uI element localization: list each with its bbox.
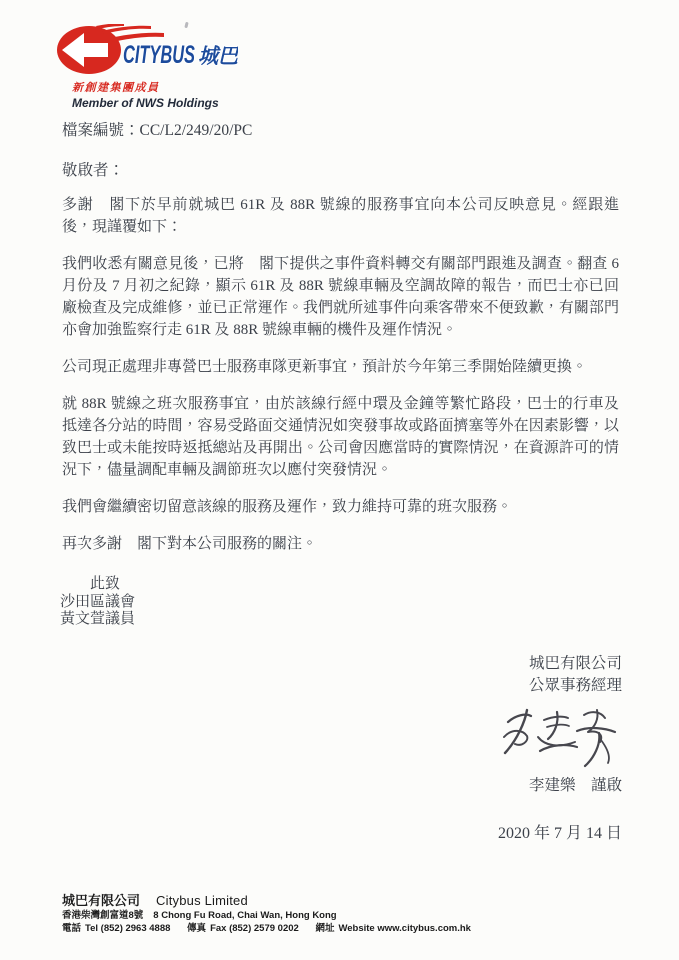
paragraph-investigation: 我們收悉有關意見後，已將 閣下提供之事件資料轉交有關部門跟進及調查。翻查 6 月… xyxy=(62,253,619,341)
paragraph-monitoring: 我們會繼續密切留意該線的服務及運作，致力維持可靠的班次服務。 xyxy=(62,496,619,518)
citybus-logo: CITYBUS 城巴 xyxy=(56,24,238,76)
footer-tel: 電話Tel (852) 2963 4888 xyxy=(62,923,170,934)
paragraph-88r-frequency: 就 88R 號線之班次服務事宜，由於該線行經中環及金鐘等繁忙路段，巴士的行車及抵… xyxy=(62,393,619,481)
footer: 城巴有限公司Citybus Limited 香港柴灣創富道8號8 Chong F… xyxy=(62,894,485,933)
logo-wordmark-en: CITYBUS xyxy=(123,41,195,69)
footer-address-zh: 香港柴灣創富道8號 xyxy=(62,910,143,921)
logo-wordmark-zh: 城巴 xyxy=(198,45,238,68)
letterhead: CITYBUS 城巴 新創建集團成員 Member of NWS Holding… xyxy=(56,24,238,110)
footer-address-line: 香港柴灣創富道8號8 Chong Fu Road, Chai Wan, Hong… xyxy=(62,911,485,921)
footer-company-zh: 城巴有限公司 xyxy=(62,893,140,908)
footer-address-en: 8 Chong Fu Road, Chai Wan, Hong Kong xyxy=(153,910,336,921)
signer-title: 公眾事務經理 xyxy=(498,675,622,697)
letter-date: 2020 年 7 月 14 日 xyxy=(498,823,622,845)
salutation: 敬啟者： xyxy=(62,158,124,180)
footer-website: 網址Website www.citybus.com.hk xyxy=(315,923,471,934)
closing-block: 此致 沙田區議會 黃文萱議員 xyxy=(60,576,135,629)
signature-block: 城巴有限公司 公眾事務經理 李建樂 謹啟 xyxy=(498,653,622,845)
footer-company-en: Citybus Limited xyxy=(156,893,248,908)
signer-company: 城巴有限公司 xyxy=(498,653,622,675)
reference-number: 檔案編號：CC/L2/249/20/PC xyxy=(62,118,252,140)
recipient-name: 黃文萱議員 xyxy=(60,611,135,629)
valediction: 此致 xyxy=(60,576,135,594)
tagline-en: Member of NWS Holdings xyxy=(72,96,238,110)
paragraph-thanks-again: 再次多謝 閣下對本公司服務的關注。 xyxy=(62,533,619,555)
paragraph-thanks-intro: 多謝 閣下於早前就城巴 61R 及 88R 號線的服務事宜向本公司反映意見。經跟… xyxy=(62,194,619,238)
footer-company-line: 城巴有限公司Citybus Limited xyxy=(62,894,485,907)
recipient-organization: 沙田區議會 xyxy=(60,594,135,612)
signature-handwriting xyxy=(500,706,622,768)
paragraph-fleet-renewal: 公司現正處理非專營巴士服務車隊更新事宜，預計於今年第三季開始陸續更換。 xyxy=(62,356,619,378)
signer-name: 李建樂 謹啟 xyxy=(498,775,622,797)
tagline-zh: 新創建集團成員 xyxy=(72,79,238,95)
footer-fax: 傳真Fax (852) 2579 0202 xyxy=(187,923,299,934)
footer-contact-line: 電話Tel (852) 2963 4888 傳真Fax (852) 2579 0… xyxy=(62,924,485,934)
scanned-letter-page: CITYBUS 城巴 新創建集團成員 Member of NWS Holding… xyxy=(0,0,679,960)
letter-body: 多謝 閣下於早前就城巴 61R 及 88R 號線的服務事宜向本公司反映意見。經跟… xyxy=(62,194,619,570)
